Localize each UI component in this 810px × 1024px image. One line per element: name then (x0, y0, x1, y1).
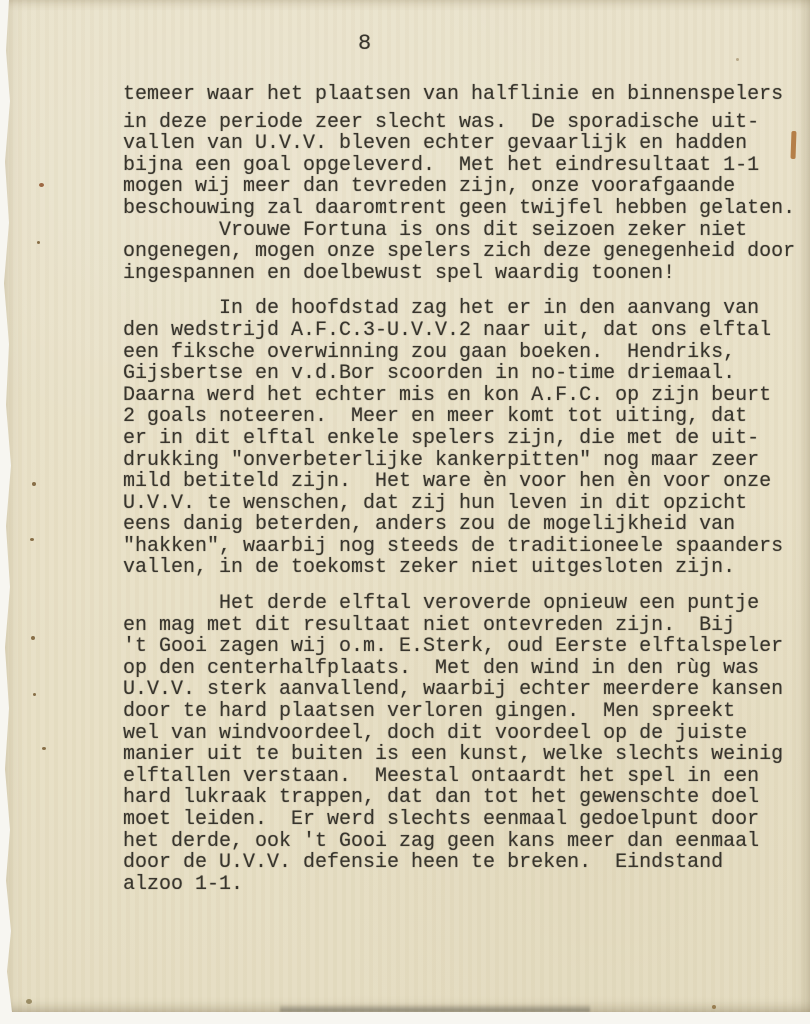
text-line: bijna een goal opgeleverd. Met het eindr… (123, 155, 803, 177)
paragraph: temeer waar het plaatsen van halflinie e… (123, 84, 803, 106)
text-line: Vrouwe Fortuna is ons dit seizoen zeker … (123, 220, 803, 242)
text-line: Gijsbertse en v.d.Bor scoorden in no-tim… (123, 363, 803, 385)
text-line: temeer waar het plaatsen van halflinie e… (123, 84, 803, 106)
paper-speck (39, 183, 44, 187)
paper-sheet: 8 temeer waar het plaatsen van halflinie… (0, 0, 810, 1012)
paper-speck (42, 747, 46, 750)
text-line: moet leiden. Er werd slechts eenmaal ged… (123, 809, 803, 831)
paper-speck (32, 482, 36, 486)
text-line: Het derde elftal veroverde opnieuw een p… (123, 593, 803, 615)
text-line: en mag met dit resultaat niet ontevreden… (123, 615, 803, 637)
paper-speck (736, 58, 739, 61)
scan-smudge (280, 1004, 590, 1012)
paper-speck (33, 693, 36, 696)
text-line: door te hard plaatsen verloren gingen. M… (123, 701, 803, 723)
paragraph: In de hoofdstad zag het er in den aanvan… (123, 298, 803, 579)
text-line: een fiksche overwinning zou gaan boeken.… (123, 342, 803, 364)
text-line: alzoo 1-1. (123, 874, 803, 896)
text-line: ongenegen, mogen onze spelers zich deze … (123, 241, 803, 263)
paper-speck (37, 241, 40, 244)
text-line: ingespannen en doelbewust spel waardig t… (123, 263, 803, 285)
text-line: door de U.V.V. defensie heen te breken. … (123, 852, 803, 874)
text-line: mogen wij meer dan tevreden zijn, onze v… (123, 176, 803, 198)
paragraph: Het derde elftal veroverde opnieuw een p… (123, 593, 803, 895)
text-line: U.V.V. te wenschen, dat zij hun leven in… (123, 493, 803, 515)
text-line: het derde, ook 't Gooi zag geen kans mee… (123, 831, 803, 853)
text-line: er in dit elftal enkele spelers zijn, di… (123, 428, 803, 450)
paper-speck (31, 636, 35, 640)
paper-speck (712, 1005, 716, 1009)
text-line: In de hoofdstad zag het er in den aanvan… (123, 298, 803, 320)
paper-speck (26, 999, 32, 1004)
text-line: drukking "onverbeterlijke kankerpitten" … (123, 450, 803, 472)
text-line: hard lukraak trappen, dat dan tot het ge… (123, 787, 803, 809)
edge-stain-mark (791, 131, 797, 159)
text-line: mild betiteld zijn. Het ware èn voor hen… (123, 471, 803, 493)
text-line: vallen van U.V.V. bleven echter gevaarli… (123, 133, 803, 155)
text-line: den wedstrijd A.F.C.3-U.V.V.2 naar uit, … (123, 320, 803, 342)
text-line: 't Gooi zagen wij o.m. E.Sterk, oud Eers… (123, 636, 803, 658)
text-line: "hakken", waarbij nog steeds de traditio… (123, 536, 803, 558)
text-line: elftallen verstaan. Meestal ontaardt het… (123, 766, 803, 788)
text-line: Daarna werd het echter mis en kon A.F.C.… (123, 385, 803, 407)
scanned-page: 8 temeer waar het plaatsen van halflinie… (0, 0, 810, 1024)
text-line: U.V.V. sterk aanvallend, waarbij echter … (123, 679, 803, 701)
paragraph: in deze periode zeer slecht was. De spor… (123, 112, 803, 220)
page-number: 8 (358, 31, 371, 56)
text-line: vallen, in de toekomst zeker niet uitges… (123, 557, 803, 579)
text-line: wel van windvoordeel, doch dit voordeel … (123, 723, 803, 745)
text-line: eens danig beterden, anders zou de mogel… (123, 514, 803, 536)
text-line: op den centerhalfplaats. Met den wind in… (123, 658, 803, 680)
paper-speck (30, 538, 34, 541)
text-line: beschouwing zal daaromtrent geen twijfel… (123, 198, 803, 220)
text-line: in deze periode zeer slecht was. De spor… (123, 112, 803, 134)
text-line: 2 goals noteeren. Meer en meer komt tot … (123, 406, 803, 428)
text-block: temeer waar het plaatsen van halflinie e… (123, 84, 803, 895)
paragraph: Vrouwe Fortuna is ons dit seizoen zeker … (123, 220, 803, 285)
text-line: manier uit te buiten is een kunst, welke… (123, 744, 803, 766)
